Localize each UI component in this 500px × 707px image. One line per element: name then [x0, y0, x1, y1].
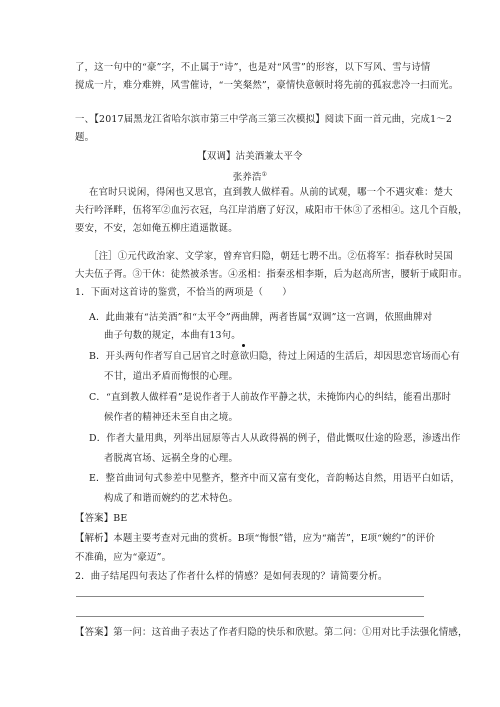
author-note-marker: ① — [262, 171, 268, 178]
notes-line: ［注］①元代政治家、文学家，曾弃官归隐，朝廷七聘不出。②伍将军：指春秋时吴国 — [89, 251, 453, 263]
question1-stem: 1．下面对这首诗的鉴赏，不恰当的两项是（ ） — [75, 287, 292, 299]
option-a-cont: 曲子句数的规定，本曲有13句。 — [104, 330, 241, 342]
author-name: 张养浩 — [233, 172, 262, 183]
answer-blank-line — [76, 616, 424, 617]
option-e: E．整首曲词句式参差中见整齐，整齐中而又富有变化，音韵畅达自然，用语平白如话， — [89, 473, 460, 485]
question2-stem: 2．曲子结尾四句表达了作者什么样的情感？是如何表现的？请简要分析。 — [75, 571, 388, 583]
bullet-dot — [242, 344, 245, 347]
option-text: 此曲兼有“沽美酒”和“太平令”两曲牌，两者皆属“双调”这一宫调，依照曲牌对 — [106, 312, 433, 323]
intro-line: 搅成一片，难分难辨，风雪催诗，“一笑粲然”，豪情快意顿时将先前的孤寂悲冷一扫而光… — [75, 80, 458, 92]
section-heading: 一、【2017届黑龙江省哈尔滨市第三中学高三第三次模拟】阅读下面一首元曲，完成1… — [75, 114, 452, 126]
poem-line: 要安，不安，怎如俺五柳庄逍遥散诞。 — [75, 223, 238, 235]
poem-title: 【双调】沽美酒兼太平令 — [0, 151, 500, 163]
option-c: C．“直到教人做样看”是说作者于人前故作平静之状，未掩饰内心的纠结，能看出那时 — [89, 392, 451, 404]
answer-2: 【答案】第一问：这首曲子表达了作者归隐的快乐和欣慰。第二问：①用对比手法强化情感… — [75, 627, 468, 639]
option-label: A． — [89, 312, 106, 323]
analysis-line: 【解析】本题主要考查对元曲的赏析。B项“悔恨”错，应为“痛苦”，E项“婉约”的评… — [75, 533, 435, 545]
option-text: “直到教人做样看”是说作者于人前故作平静之状，未掩饰内心的纠结，能看出那时 — [106, 392, 451, 403]
option-text: 开头两句作者写自己居官之时意欲归隐，待过上闲适的生活后，却因思恋官场而心有 — [106, 351, 460, 362]
analysis-line: 不准确，应为“豪迈”。 — [75, 552, 171, 564]
section-heading: 题。 — [75, 132, 94, 144]
option-text: 整首曲词句式参差中见整齐，整齐中而又富有变化，音韵畅达自然，用语平白如话， — [106, 473, 460, 484]
option-b: B．开头两句作者写自己居官之时意欲归隐，待过上闲适的生活后，却因思恋官场而心有 — [89, 351, 460, 363]
option-a: A．此曲兼有“沽美酒”和“太平令”两曲牌，两者皆属“双调”这一宫调，依照曲牌对 — [89, 312, 432, 324]
option-c-cont: 候作者的精神还未至自由之境。 — [104, 412, 238, 424]
option-d-cont: 者脱离官场、远祸全身的心理。 — [104, 453, 238, 465]
notes-line: 大夫伍子胥。③干休：徒然被杀害。④丞相：指秦丞相李斯，后为赵高所害，腰斩于咸阳市… — [75, 269, 468, 281]
option-b-cont: 不甘，道出矛盾而悔恨的心理。 — [104, 371, 238, 383]
intro-line: 了，这一句中的“豪”字，不止属于“诗”，也是对“风雪”的形容，以下写风、雪与诗情 — [75, 62, 431, 74]
option-label: B． — [89, 351, 106, 362]
poem-line: 夫行吟泽畔，伍将军②血污衣冠，乌江岸消磨了好汉，咸阳市干休③了丞相④。这几个百般… — [75, 205, 468, 217]
option-e-cont: 构成了和谐而婉约的艺术特色。 — [104, 493, 238, 505]
option-text: 作者大量用典，列举出屈原等古人从政得祸的例子，借此慨叹仕途的险恶，渗透出作 — [106, 433, 460, 444]
answer-blank-line — [76, 596, 424, 597]
option-label: C． — [89, 392, 106, 403]
poem-author: 张养浩① — [0, 169, 500, 184]
option-label: D． — [89, 433, 106, 444]
option-d: D．作者大量用典，列举出屈原等古人从政得祸的例子，借此慨叹仕途的险恶，渗透出作 — [89, 433, 461, 445]
answer-1: 【答案】BE — [75, 513, 127, 525]
poem-line: 在官时只说闲，得闲也又思官，直到教人做样看。从前的试观，哪一个不遇灾难：楚大 — [89, 187, 453, 199]
option-label: E． — [89, 473, 106, 484]
